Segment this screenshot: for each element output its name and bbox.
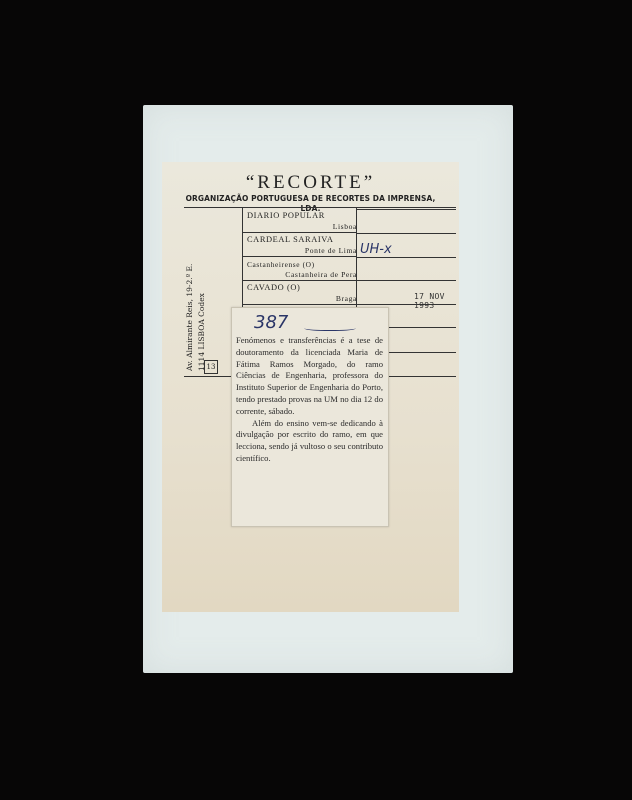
handwritten-number: 387 (254, 312, 288, 333)
publication-location: Lisboa (333, 222, 357, 231)
clipping-text: Fenómenos e transferências é a tese de d… (236, 335, 383, 465)
divider (242, 304, 356, 305)
publication-name: CARDEAL SARAIVA (247, 235, 333, 244)
publication-location: Ponte de Lima (305, 246, 357, 255)
publication-name: Castanheirense (O) (247, 260, 315, 269)
divider (356, 280, 456, 281)
publication-location: Castanheira de Pera (285, 270, 357, 279)
address-line-2: 1114 LISBOA Codex (196, 211, 208, 371)
publication-name: DIARIO POPULAR (247, 211, 325, 220)
address-block: Av. Almirante Reis, 19-2.º E. 1114 LISBO… (184, 211, 208, 371)
divider (356, 257, 456, 258)
handwritten-mark: UH-x (360, 242, 392, 257)
divider (242, 256, 356, 257)
divider (356, 233, 456, 234)
divider (356, 209, 456, 210)
newspaper-clipping: 387 Fenómenos e transferências é a tese … (231, 307, 389, 527)
divider (242, 232, 356, 233)
handwritten-underline (304, 324, 356, 331)
publication-location: Braga (336, 294, 357, 303)
clipping-paragraph: Além do ensino vem-se dedicando à divulg… (236, 418, 383, 465)
address-line-1: Av. Almirante Reis, 19-2.º E. (184, 211, 196, 371)
date-stamp: 17 NOV 1993 (414, 292, 459, 310)
clipping-paragraph: Fenómenos e transferências é a tese de d… (236, 335, 383, 418)
card-title: “RECORTE” (162, 172, 459, 194)
box-number: 13 (204, 360, 218, 374)
divider (242, 280, 356, 281)
publication-name: CAVADO (O) (247, 283, 300, 292)
